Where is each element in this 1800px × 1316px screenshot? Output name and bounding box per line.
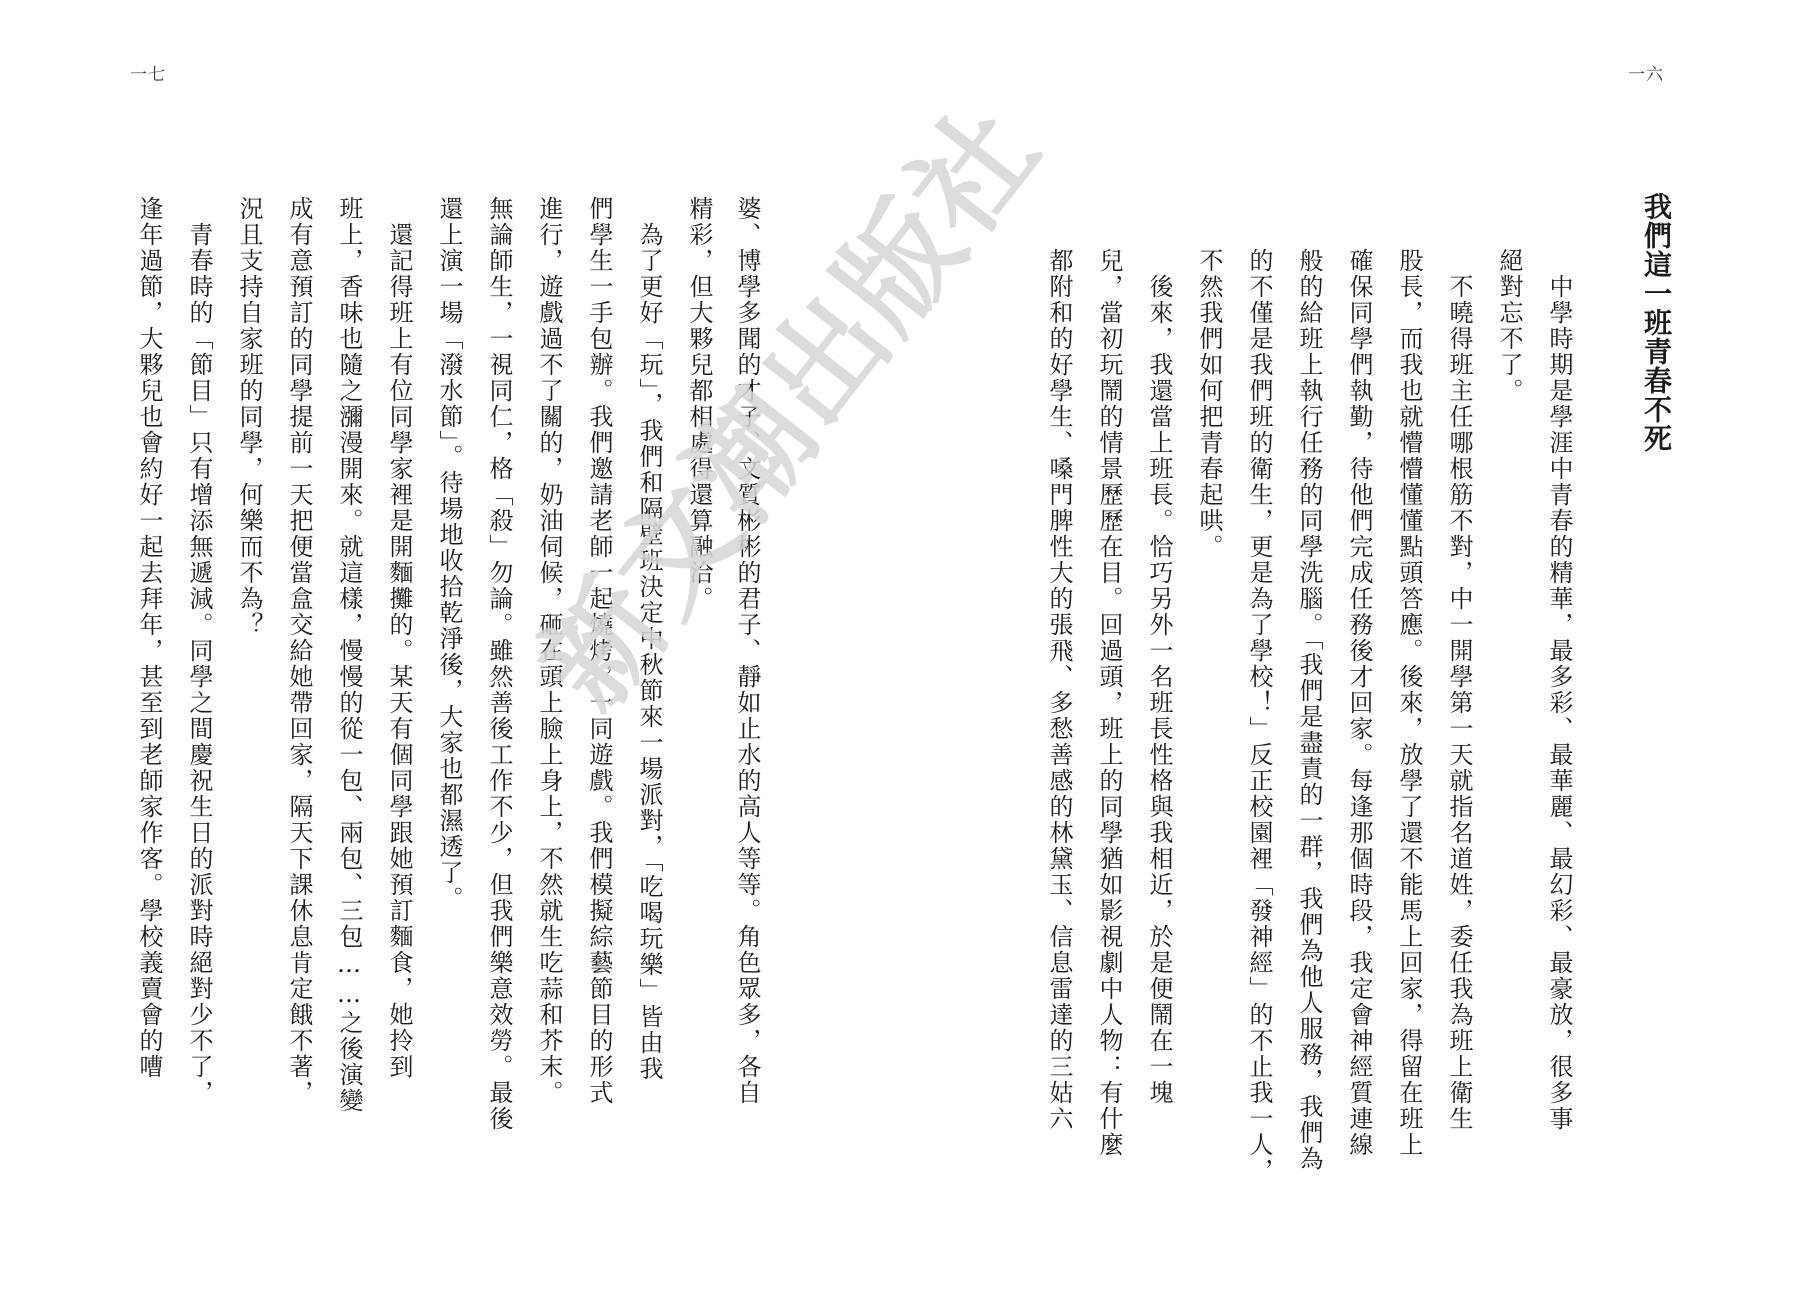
chapter-title: 我們這一班青春不死	[1641, 192, 1671, 453]
text-column: 為了更好「玩」，我們和隔壁班決定中秋節來一場派對，「吃喝玩樂」皆由我	[634, 196, 664, 1082]
text-column: 兒，當初玩鬧的情景歷歷在目。回過頭，班上的同學猶如影視劇中人物：有什麼	[1094, 248, 1124, 1158]
text-column: 還記得班上有位同學家裡是開麵攤的。某天有個同學跟她預訂麵食，她拎到	[384, 196, 414, 1080]
text-column: 無論師生，一視同仁，格「殺」勿論。雖然善後工作不少，但我們樂意效勞。最後	[484, 196, 514, 1132]
right-page: 一六 我們這一班青春不死 中學時期是學涯中青春的精華，最多彩、最華麗、最幻彩、最…	[900, 0, 1800, 1316]
text-column: 青春時的「節目」只有增添無遞減。同學之間慶祝生日的派對時絕對少不了，	[184, 196, 214, 1106]
text-column: 的不僅是我們班的衛生，更是為了學校！」反正校園裡「發神經」的不止我一人，	[1244, 248, 1274, 1184]
text-column: 不曉得班主任哪根筋不對，中一開學第一天就指名道姓，委任我為班上衛生	[1444, 248, 1474, 1132]
page-number: 一六	[1628, 60, 1664, 85]
text-column: 班上，香味也隨之瀰漫開來。就這樣，慢慢的從一包、兩包、三包……之後演變	[334, 196, 364, 1114]
text-column: 都附和的好學生、嗓門脾性大的張飛、多愁善感的林黛玉、信息雷達的三姑六	[1044, 248, 1074, 1132]
text-column: 股長，而我也就懵懵懂懂點頭答應。後來，放學了還不能馬上回家，得留在班上	[1394, 248, 1424, 1158]
text-column: 確保同學們執勤，待他們完成任務後才回家。每逢那個時段，我定會神經質連線	[1344, 248, 1374, 1158]
text-column: 們學生一手包辦。我們邀請老師一起燒烤，一同遊戲。我們模擬綜藝節目的形式	[584, 196, 614, 1106]
text-column: 婆、博學多聞的才子、文質彬彬的君子、靜如止水的高人等等。角色眾多，各自	[732, 196, 762, 1106]
text-column: 般的給班上執行任務的同學洗腦。「我們是盡責的一群，我們為他人服務，我們為	[1294, 248, 1324, 1172]
text-column: 不然我們如何把青春起哄。	[1194, 248, 1224, 560]
text-column: 絕對忘不了。	[1494, 248, 1524, 404]
text-column: 成有意預訂的同學提前一天把便當盒交給她帶回家，隔天下課休息肯定餓不著，	[284, 196, 314, 1106]
text-column: 還上演一場「潑水節」。待場地收拾乾淨後，大家也都濕透了。	[434, 196, 464, 912]
text-column: 中學時期是學涯中青春的精華，最多彩、最華麗、最幻彩、最豪放，很多事	[1544, 248, 1574, 1132]
text-column: 況且支持自家班的同學，何樂而不為？	[234, 196, 264, 638]
left-page: 一七 婆、博學多聞的才子、文質彬彬的君子、靜如止水的高人等等。角色眾多，各自 精…	[0, 0, 900, 1316]
text-column: 逢年過節，大夥兒也會約好一起去拜年，甚至到老師家作客。學校義賣會的嘈	[134, 196, 164, 1080]
page-number: 一七	[130, 60, 166, 85]
text-column: 後來，我還當上班長。恰巧另外一名班長性格與我相近，於是便鬧在一塊	[1144, 248, 1174, 1106]
text-column: 進行，遊戲過不了關的，奶油伺候，砸在頭上臉上身上，不然就生吃蒜和芥末。	[534, 196, 564, 1106]
text-column: 精彩，但大夥兒都相處得還算融洽。	[684, 196, 714, 612]
